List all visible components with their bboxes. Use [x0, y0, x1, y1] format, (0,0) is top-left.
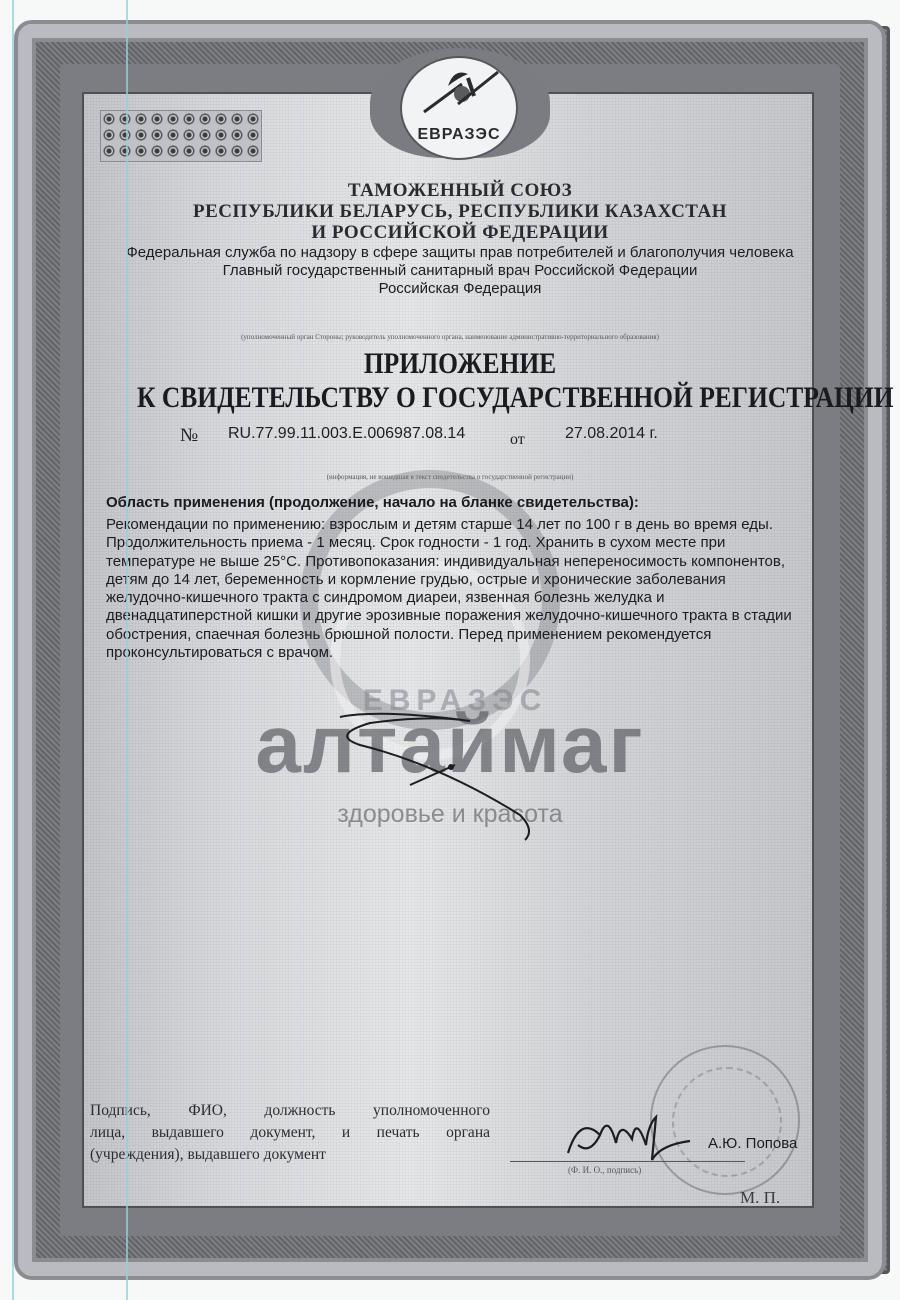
scope-line: Рекомендации по применению: взрослым и д…	[106, 516, 820, 534]
signature-label-line: лица, выдавшего документ, и печать орган…	[90, 1122, 490, 1144]
security-pattern	[100, 110, 262, 162]
logo-text: ЕВРАЗЭС	[417, 126, 500, 144]
country: Российская Федерация	[100, 280, 820, 298]
pen-scribble	[320, 705, 600, 845]
evrazes-emblem-icon	[418, 64, 504, 124]
evrazes-logo: ЕВРАЗЭС	[400, 56, 518, 160]
registration-line: № RU.77.99.11.003.Е.006987.08.14 от 27.0…	[180, 423, 700, 447]
number-sign: №	[180, 425, 198, 447]
document-title: ПРИЛОЖЕНИЕ К СВИДЕТЕЛЬСТВУ О ГОСУДАРСТВЕ…	[137, 348, 783, 416]
signature-label-line: Подпись, ФИО, должность уполномоченного	[90, 1100, 490, 1122]
registration-date: 27.08.2014 г.	[565, 425, 658, 443]
signature-field-label: Подпись, ФИО, должность уполномоченного …	[90, 1100, 490, 1166]
scope-line: детям до 14 лет, беременность и кормлени…	[106, 571, 820, 589]
scan-line	[12, 0, 14, 1300]
signature-caption: (Ф. И. О., подпись)	[568, 1165, 641, 1175]
union-members: РЕСПУБЛИКИ БЕЛАРУСЬ, РЕСПУБЛИКИ КАЗАХСТА…	[100, 201, 820, 222]
application-scope: Область применения (продолжение, начало …	[106, 494, 820, 662]
agency-name: Федеральная служба по надзору в сфере за…	[100, 244, 820, 262]
signature-label-line: (учреждения), выдавшего документ	[90, 1144, 490, 1166]
scope-line: двенадцатиперстной кишки и другие эрозив…	[106, 607, 820, 625]
registration-number: RU.77.99.11.003.Е.006987.08.14	[228, 425, 465, 443]
issuer-header: ТАМОЖЕННЫЙ СОЮЗ РЕСПУБЛИКИ БЕЛАРУСЬ, РЕС…	[100, 180, 820, 298]
scope-line: желудочно-кишечного тракта с синдромом д…	[106, 589, 820, 607]
union-title: ТАМОЖЕННЫЙ СОЮЗ	[100, 180, 820, 201]
stamp-place-label: М. П.	[740, 1188, 780, 1208]
scope-line: проконсультироваться с врачом.	[106, 644, 820, 662]
from-label: от	[510, 431, 525, 449]
handwritten-signature	[560, 1105, 700, 1165]
scope-line: обострения, спаечная болезнь брюшной пол…	[106, 626, 820, 644]
title-line-2: К СВИДЕТЕЛЬСТВУ О ГОСУДАРСТВЕННОЙ РЕГИСТ…	[137, 380, 783, 416]
scan-line	[126, 0, 128, 1300]
official-title: Главный государственный санитарный врач …	[100, 262, 820, 280]
union-members-cont: И РОССИЙСКОЙ ФЕДЕРАЦИИ	[100, 222, 820, 243]
scope-heading: Область применения (продолжение, начало …	[106, 494, 820, 512]
scope-line: температуре не выше 25°С. Противопоказан…	[106, 553, 820, 571]
scope-line: Продолжительность приема - 1 месяц. Срок…	[106, 534, 820, 552]
signer-name: А.Ю. Попова	[708, 1135, 797, 1152]
title-line-1: ПРИЛОЖЕНИЕ	[137, 348, 783, 380]
authority-caption: (уполномоченный орган Стороны; руководит…	[140, 333, 760, 341]
scope-text: Рекомендации по применению: взрослым и д…	[106, 516, 820, 662]
